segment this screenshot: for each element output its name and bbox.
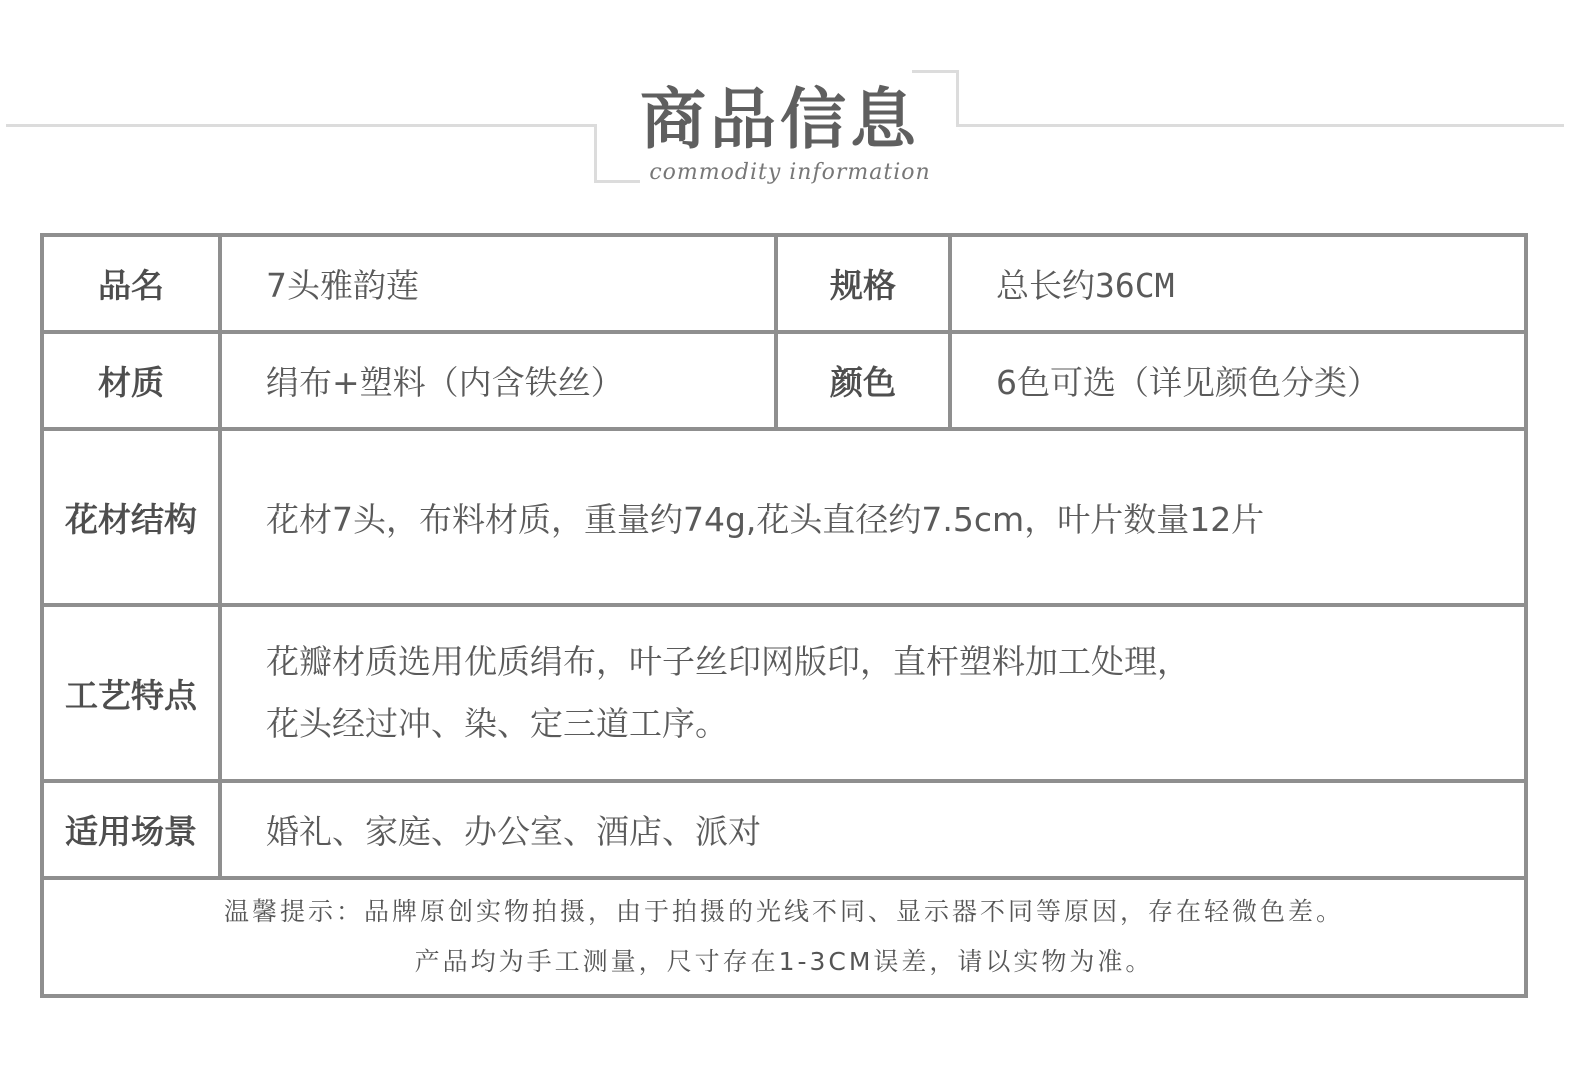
header-line-left-bottom [594,180,640,183]
label-color: 颜色 [776,332,950,429]
header-line-left [6,124,596,127]
table-row: 适用场景 婚礼、家庭、办公室、酒店、派对 [42,781,1526,878]
warm-tip: 温馨提示：品牌原创实物拍摄，由于拍摄的光线不同、显示器不同等原因，存在轻微色差。… [42,878,1526,996]
table-row: 品名 7头雅韵莲 规格 总长约36CM [42,235,1526,332]
craft-line-2: 花头经过冲、染、定三道工序。 [266,693,1524,755]
label-material: 材质 [42,332,220,429]
warm-tip-line-2: 产品均为手工测量，尺寸存在1-3CM误差，请以实物为准。 [44,937,1524,987]
value-color: 6色可选（详见颜色分类） [950,332,1526,429]
header-line-right-top [912,70,958,73]
label-spec: 规格 [776,235,950,332]
label-craft: 工艺特点 [42,605,220,781]
value-scenarios: 婚礼、家庭、办公室、酒店、派对 [220,781,1526,878]
warm-tip-line-1: 温馨提示：品牌原创实物拍摄，由于拍摄的光线不同、显示器不同等原因，存在轻微色差。 [44,887,1524,937]
value-structure: 花材7头，布料材质，重量约74g,花头直径约7.5cm，叶片数量12片 [220,429,1526,605]
table-row-note: 温馨提示：品牌原创实物拍摄，由于拍摄的光线不同、显示器不同等原因，存在轻微色差。… [42,878,1526,996]
value-spec: 总长约36CM [950,235,1526,332]
product-info-table: 品名 7头雅韵莲 规格 总长约36CM 材质 绢布+塑料（内含铁丝） 颜色 6色… [40,233,1528,998]
label-structure: 花材结构 [42,429,220,605]
label-product-name: 品名 [42,235,220,332]
value-material: 绢布+塑料（内含铁丝） [220,332,776,429]
craft-line-1: 花瓣材质选用优质绢布，叶子丝印网版印，直杆塑料加工处理， [266,631,1524,693]
section-subtitle: commodity information [640,160,940,185]
table-row: 工艺特点 花瓣材质选用优质绢布，叶子丝印网版印，直杆塑料加工处理， 花头经过冲、… [42,605,1526,781]
value-craft: 花瓣材质选用优质绢布，叶子丝印网版印，直杆塑料加工处理， 花头经过冲、染、定三道… [220,605,1526,781]
value-product-name: 7头雅韵莲 [220,235,776,332]
header-line-right [956,124,1564,127]
section-title: 商品信息 [600,80,960,160]
table-row: 花材结构 花材7头，布料材质，重量约74g,花头直径约7.5cm，叶片数量12片 [42,429,1526,605]
label-scenarios: 适用场景 [42,781,220,878]
header-line-left-vertical [594,124,597,182]
table-row: 材质 绢布+塑料（内含铁丝） 颜色 6色可选（详见颜色分类） [42,332,1526,429]
